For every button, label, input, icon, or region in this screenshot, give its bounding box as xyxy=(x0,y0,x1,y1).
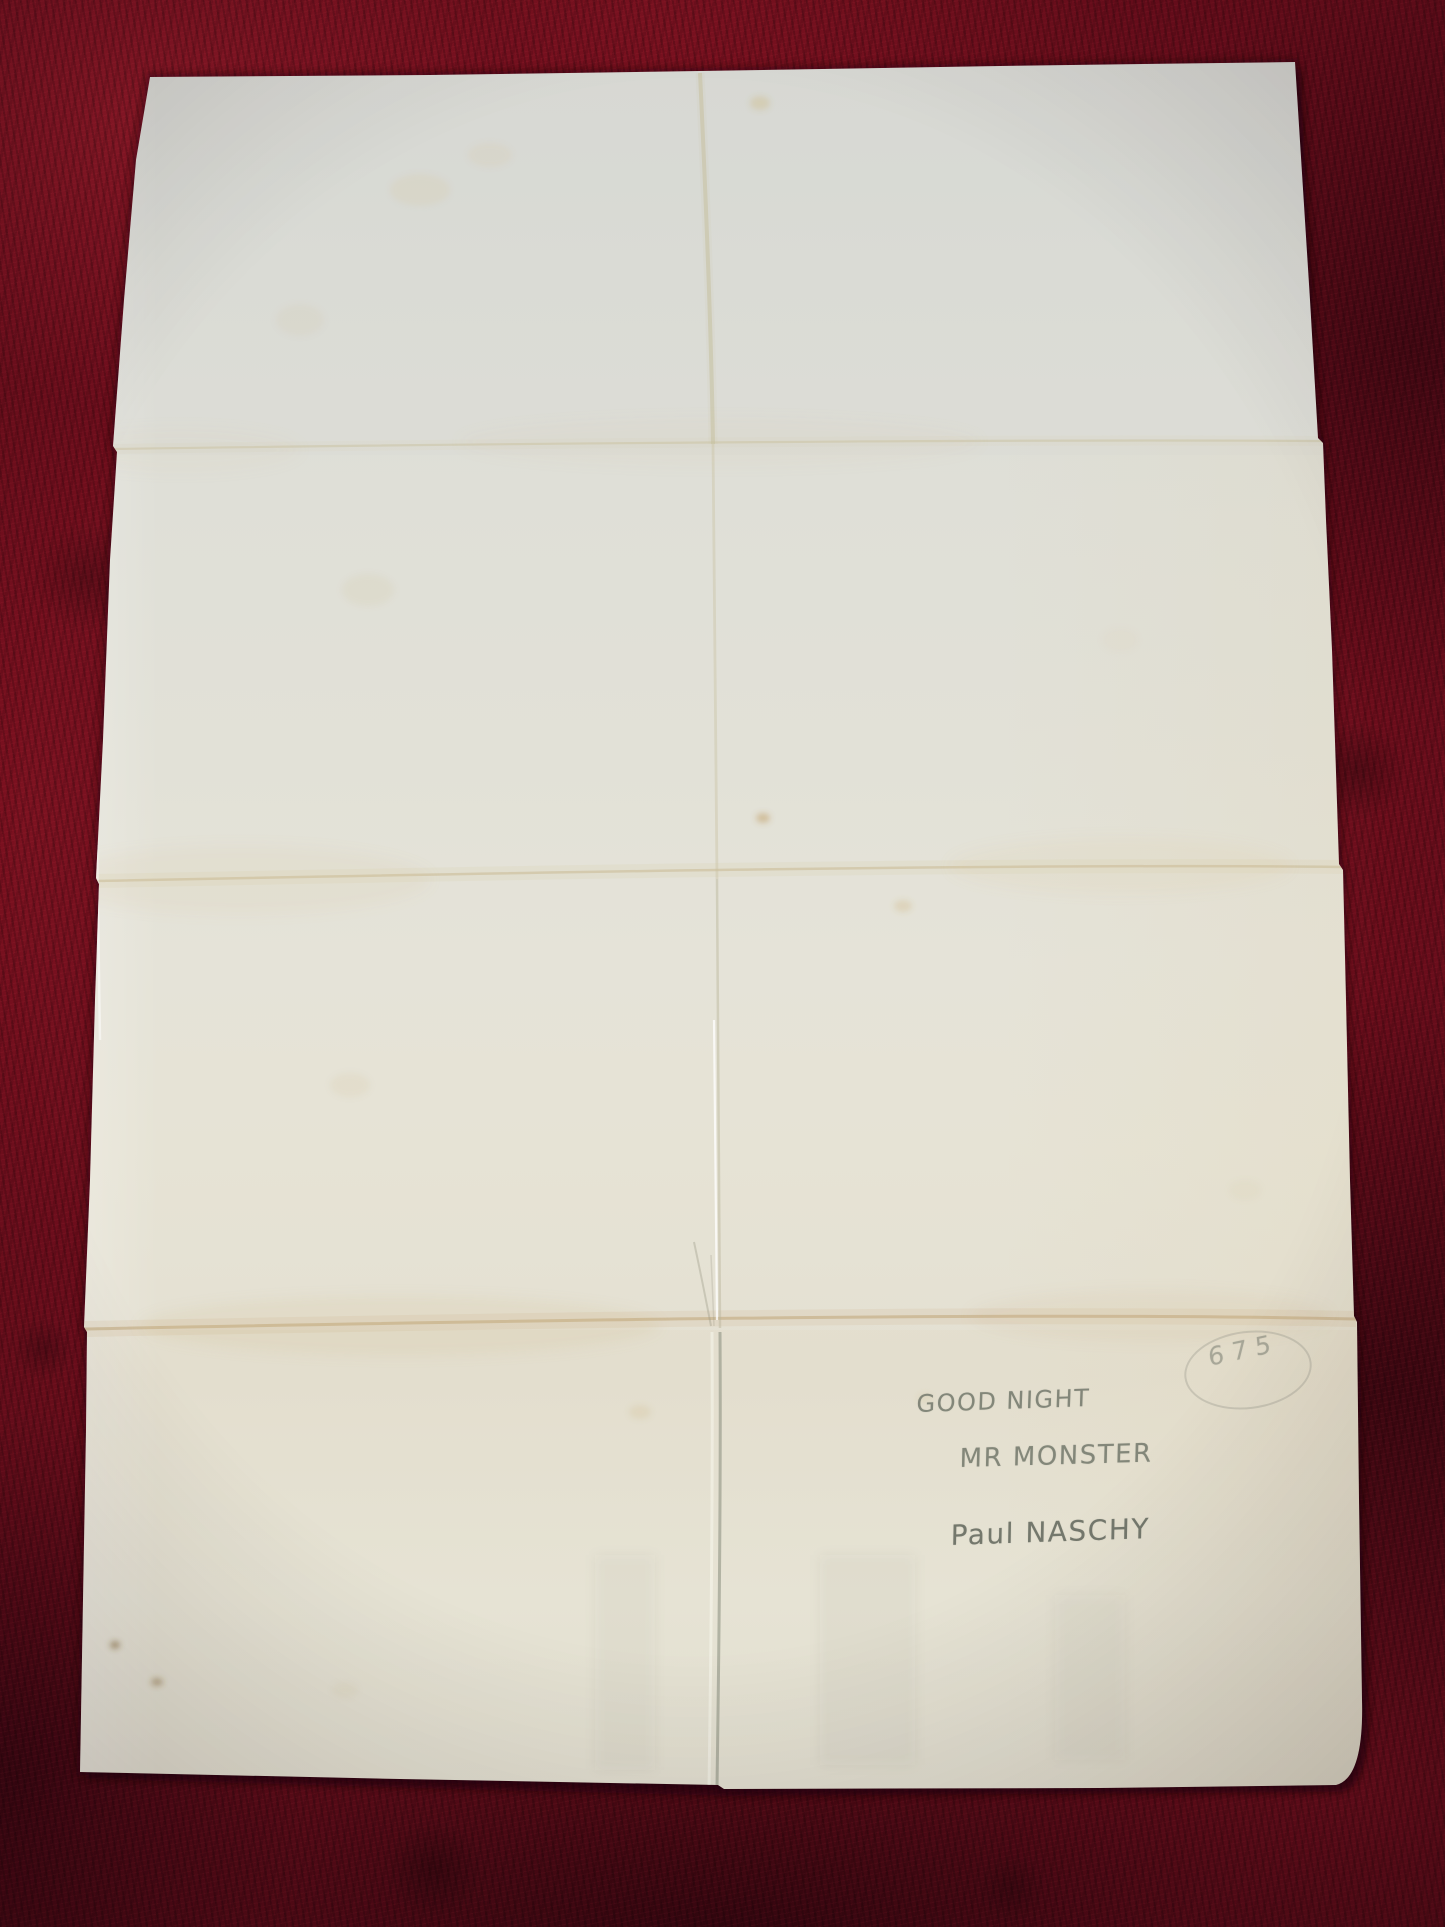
photo-frame: GOOD NIGHT MR MONSTER Paul NASCHY 675 xyxy=(0,0,1445,1927)
stain xyxy=(629,1405,651,1419)
stain xyxy=(390,174,450,206)
stain xyxy=(276,304,324,336)
stain xyxy=(894,900,912,912)
stain xyxy=(1102,628,1138,652)
stain xyxy=(332,1682,358,1698)
paper-cool-top-tint xyxy=(80,60,1370,455)
show-through-band xyxy=(595,1555,655,1770)
show-through-band xyxy=(1055,1595,1125,1760)
fold-glow xyxy=(460,418,980,466)
handwriting-title-line2: MR MONSTER xyxy=(959,1439,1153,1474)
stain xyxy=(110,1641,120,1649)
stain xyxy=(750,96,770,110)
fold-glow xyxy=(50,846,430,914)
stain xyxy=(330,1073,370,1097)
paper-warm-bottom-tint xyxy=(80,1330,1370,1795)
fold-glow xyxy=(950,838,1290,894)
stain xyxy=(151,1678,163,1686)
show-through-band xyxy=(820,1555,915,1765)
folded-poster-back xyxy=(0,0,1445,1927)
stain xyxy=(756,813,770,823)
stain xyxy=(1229,1180,1261,1200)
fold-glow xyxy=(60,428,300,472)
stain xyxy=(342,574,394,606)
fold-glow xyxy=(140,1296,660,1356)
stain xyxy=(468,143,512,167)
handwriting-author: Paul NASCHY xyxy=(950,1512,1150,1552)
